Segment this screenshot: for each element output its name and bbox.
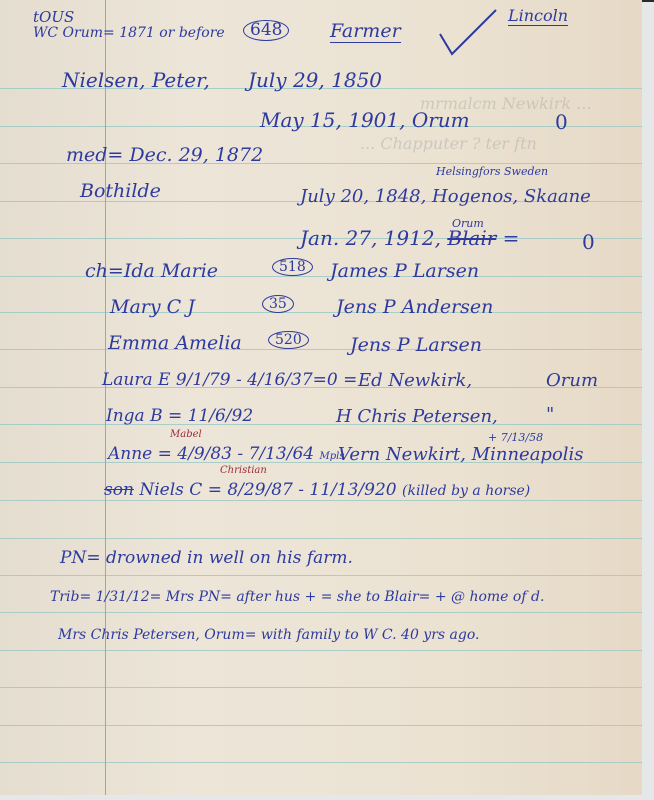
county: Lincoln [508,8,568,24]
check-mark-icon [438,8,498,56]
occupation: Farmer [330,22,401,41]
child-place-ditto: " [546,406,554,424]
record-number: 648 [243,20,289,41]
bleed-through-text: ... Chapputer ? ter ftn [360,136,537,152]
wife-death-mark: 0 [582,232,595,252]
ruled-line [0,762,642,763]
wife-death-place-insert: Orum [452,218,484,229]
header-line-2: WC Orum= 1871 or before [33,26,225,40]
child-row-1: ch=Ida Marie [85,262,218,281]
child-red-note: Mabel [170,430,202,440]
child-number: 35 [262,295,294,313]
ruled-line [0,349,642,350]
note-2: Trib= 1/31/12= Mrs PN= after hus + = she… [50,590,544,604]
ruled-line [0,575,642,576]
child-spouse: James P Larsen [330,262,479,281]
note-3: Mrs Chris Petersen, Orum= with family to… [58,628,479,642]
ruled-line [0,500,642,501]
note-1: PN= drowned in well on his farm. [60,550,353,567]
wife-birth-place-note: Helsingfors Sweden [436,166,548,177]
child-number: 518 [272,258,313,276]
ruled-line [0,312,642,313]
child-row-5: Inga B = 11/6/92 [106,408,253,425]
ruled-line [0,650,642,651]
ruled-line [0,612,642,613]
husband-death: May 15, 1901, Orum [260,110,470,130]
husband-birth: July 29, 1850 [248,70,382,90]
child-place: Orum [546,372,598,390]
child-spouse: H Chris Petersen, [336,408,498,426]
ruled-line [0,687,642,688]
child-spouse: Jens P Andersen [336,298,493,317]
spouse-death-note: + 7/13/58 [488,432,543,443]
wife-name: Bothilde [80,182,161,201]
child-spouse: Ed Newkirk, [358,372,472,390]
child-spouse: Jens P Larsen [350,336,482,355]
husband-name: Nielsen, Peter, [62,70,210,90]
child-row-3: Emma Amelia [108,334,242,353]
child-row-7: son Niels C = 8/29/87 - 11/13/920 (kille… [104,482,530,499]
marriage-date: med= Dec. 29, 1872 [66,146,263,165]
ruled-paper-page: mrmalcm Newkirk ... ... Chapputer ? ter … [0,0,642,795]
header-line-1: tOUS [33,10,74,25]
wife-death: Jan. 27, 1912, Blair = [300,228,519,248]
child-row-4: Laura E 9/1/79 - 4/16/37=0 = [102,372,357,389]
child-spouse: Vern Newkirt, Minneapolis [338,446,584,464]
ruled-line [0,725,642,726]
ruled-line [0,538,642,539]
child-red-note: Christian [220,466,267,476]
child-row-2: Mary C J [110,298,195,317]
child-row-6: Anne = 4/9/83 - 7/13/64 Mpls [108,446,345,463]
child-number: 520 [268,331,309,349]
husband-death-mark: 0 [555,112,568,132]
wife-birth: July 20, 1848, Hogenos, Skaane [300,188,591,206]
margin-line [105,0,106,795]
